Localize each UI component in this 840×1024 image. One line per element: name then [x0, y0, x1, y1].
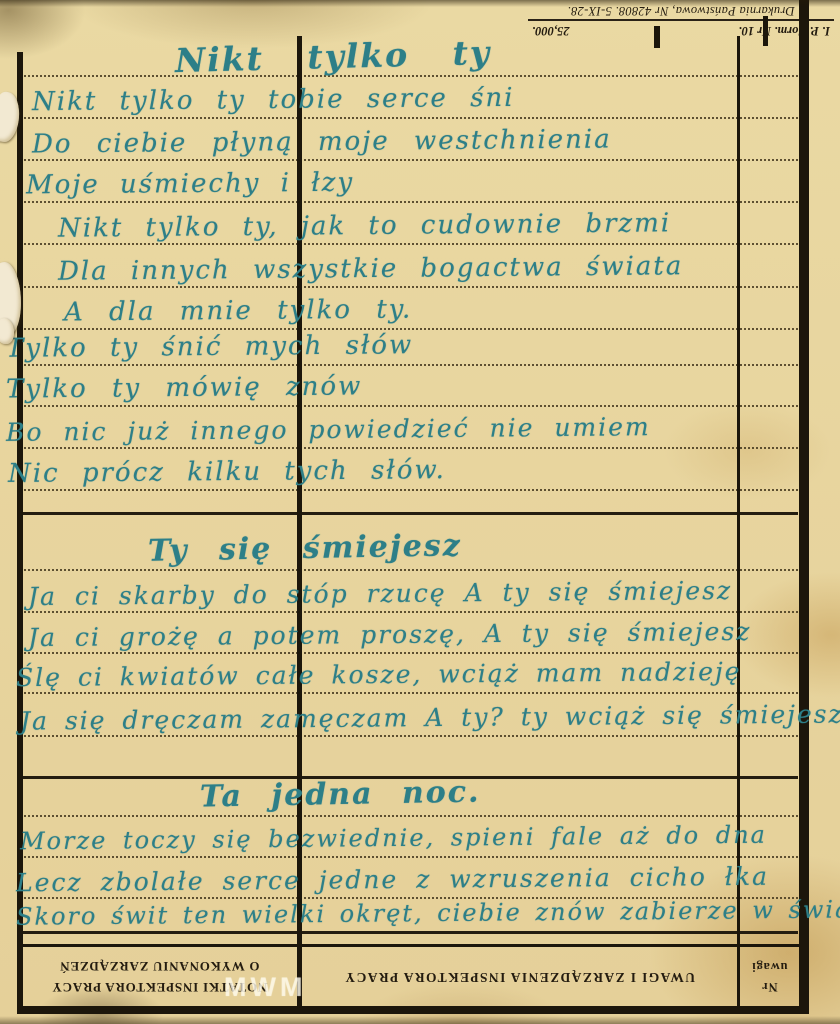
handwritten-lyric-line: Ślę ci kwiatów całe kosze, wciąż mam nad…	[16, 657, 742, 692]
dotted-writing-line	[24, 815, 798, 817]
handwritten-song-title: Ty się śmiejesz	[148, 528, 462, 568]
dotted-writing-line	[24, 856, 798, 858]
printed-header: I. P. Form. Nr 10. 25,000. Drukarnia Pań…	[528, 2, 834, 38]
scanned-notebook-page: I. P. Form. Nr 10. 25,000. Drukarnia Pań…	[0, 0, 840, 1024]
handwritten-lyric-line: Skoro świt ten wielki okręt, ciebie znów…	[16, 895, 840, 930]
handwritten-lyric-line: Nic prócz kilku tych słów.	[8, 455, 446, 489]
handwritten-lyric-line: Nikt tylko ty, jak to cudownie brzmi	[58, 208, 671, 243]
handwritten-lyric-line: Morze toczy się bezwiednie, spieni fale …	[20, 821, 767, 856]
handwritten-lyric-line: Bo nic już innego powiedzieć nie umiem	[6, 412, 651, 447]
handwritten-lyric-line: Ja się dręczam zamęczam A ty? ty wciąż s…	[20, 699, 840, 735]
dotted-writing-line	[24, 243, 798, 245]
dotted-writing-line	[24, 692, 798, 694]
dotted-writing-line	[24, 159, 798, 161]
ink-artifact	[654, 26, 660, 48]
dotted-writing-line	[24, 489, 798, 491]
handwritten-lyric-line: Ja ci skarby do stóp rzucę A ty się śmie…	[28, 576, 732, 611]
dotted-writing-line	[24, 447, 798, 449]
footer-top-rule	[17, 944, 809, 947]
printer-imprint: Drukarnia Państwowa, Nr 42808. 5-IX-28.	[528, 3, 834, 18]
handwritten-lyric-line: Tylko ty śnić mych słów	[6, 330, 413, 364]
dotted-writing-line	[24, 117, 798, 119]
solid-section-line	[22, 512, 798, 515]
print-run: 25,000.	[532, 23, 570, 38]
handwritten-lyric-line: Ja ci grożę a potem proszę, A ty się śmi…	[28, 617, 752, 652]
footer-remarks-cell: UWAGI I ZARZĄDZENIA INSPEKTORA PRACY	[302, 948, 737, 1005]
handwritten-lyric-line: Do ciebie płyną moje westchnienia	[32, 124, 612, 159]
handwritten-lyric-line: Dla innych wszystkie bogactwa świata	[58, 251, 684, 286]
footer-number-line2: uwagi	[752, 957, 788, 976]
dotted-writing-line	[24, 405, 798, 407]
frame-bottom-border	[17, 1006, 809, 1014]
dotted-writing-line	[24, 201, 798, 203]
handwritten-lyric-line: A dla mnie tylko ty.	[64, 294, 412, 327]
footer-number-cell: Nr uwagi	[740, 948, 799, 1005]
dotted-writing-line	[24, 611, 798, 613]
footer-number-line1: Nr	[761, 977, 777, 996]
dotted-writing-line	[24, 569, 798, 571]
header-rule	[528, 19, 834, 21]
handwritten-song-title: Ta jedna noc.	[200, 775, 481, 815]
footer-remarks-label: UWAGI I ZARZĄDZENIA INSPEKTORA PRACY	[344, 966, 695, 987]
dotted-writing-line	[24, 286, 798, 288]
handwritten-song-title: Nikt tylko ty	[175, 33, 492, 80]
handwritten-lyric-line: Moje uśmiechy i łzy	[26, 168, 354, 201]
ink-artifact	[763, 16, 768, 46]
handwritten-lyric-line: Nikt tylko ty tobie serce śni	[32, 83, 515, 117]
handwritten-lyric-line: Lecz zbolałe serce jedne z wzruszenia ci…	[16, 862, 769, 898]
dotted-writing-line	[24, 364, 798, 366]
frame-right-border	[799, 0, 809, 1014]
number-column-divider	[737, 36, 740, 1006]
solid-section-line	[22, 931, 798, 934]
archive-watermark: MWM	[224, 972, 306, 1003]
dotted-writing-line	[24, 75, 798, 77]
dotted-writing-line	[24, 652, 798, 654]
dotted-writing-line	[24, 735, 798, 737]
handwritten-lyric-line: Tylko ty mówię znów	[6, 371, 363, 404]
form-number: I. P. Form. Nr 10.	[739, 23, 830, 38]
